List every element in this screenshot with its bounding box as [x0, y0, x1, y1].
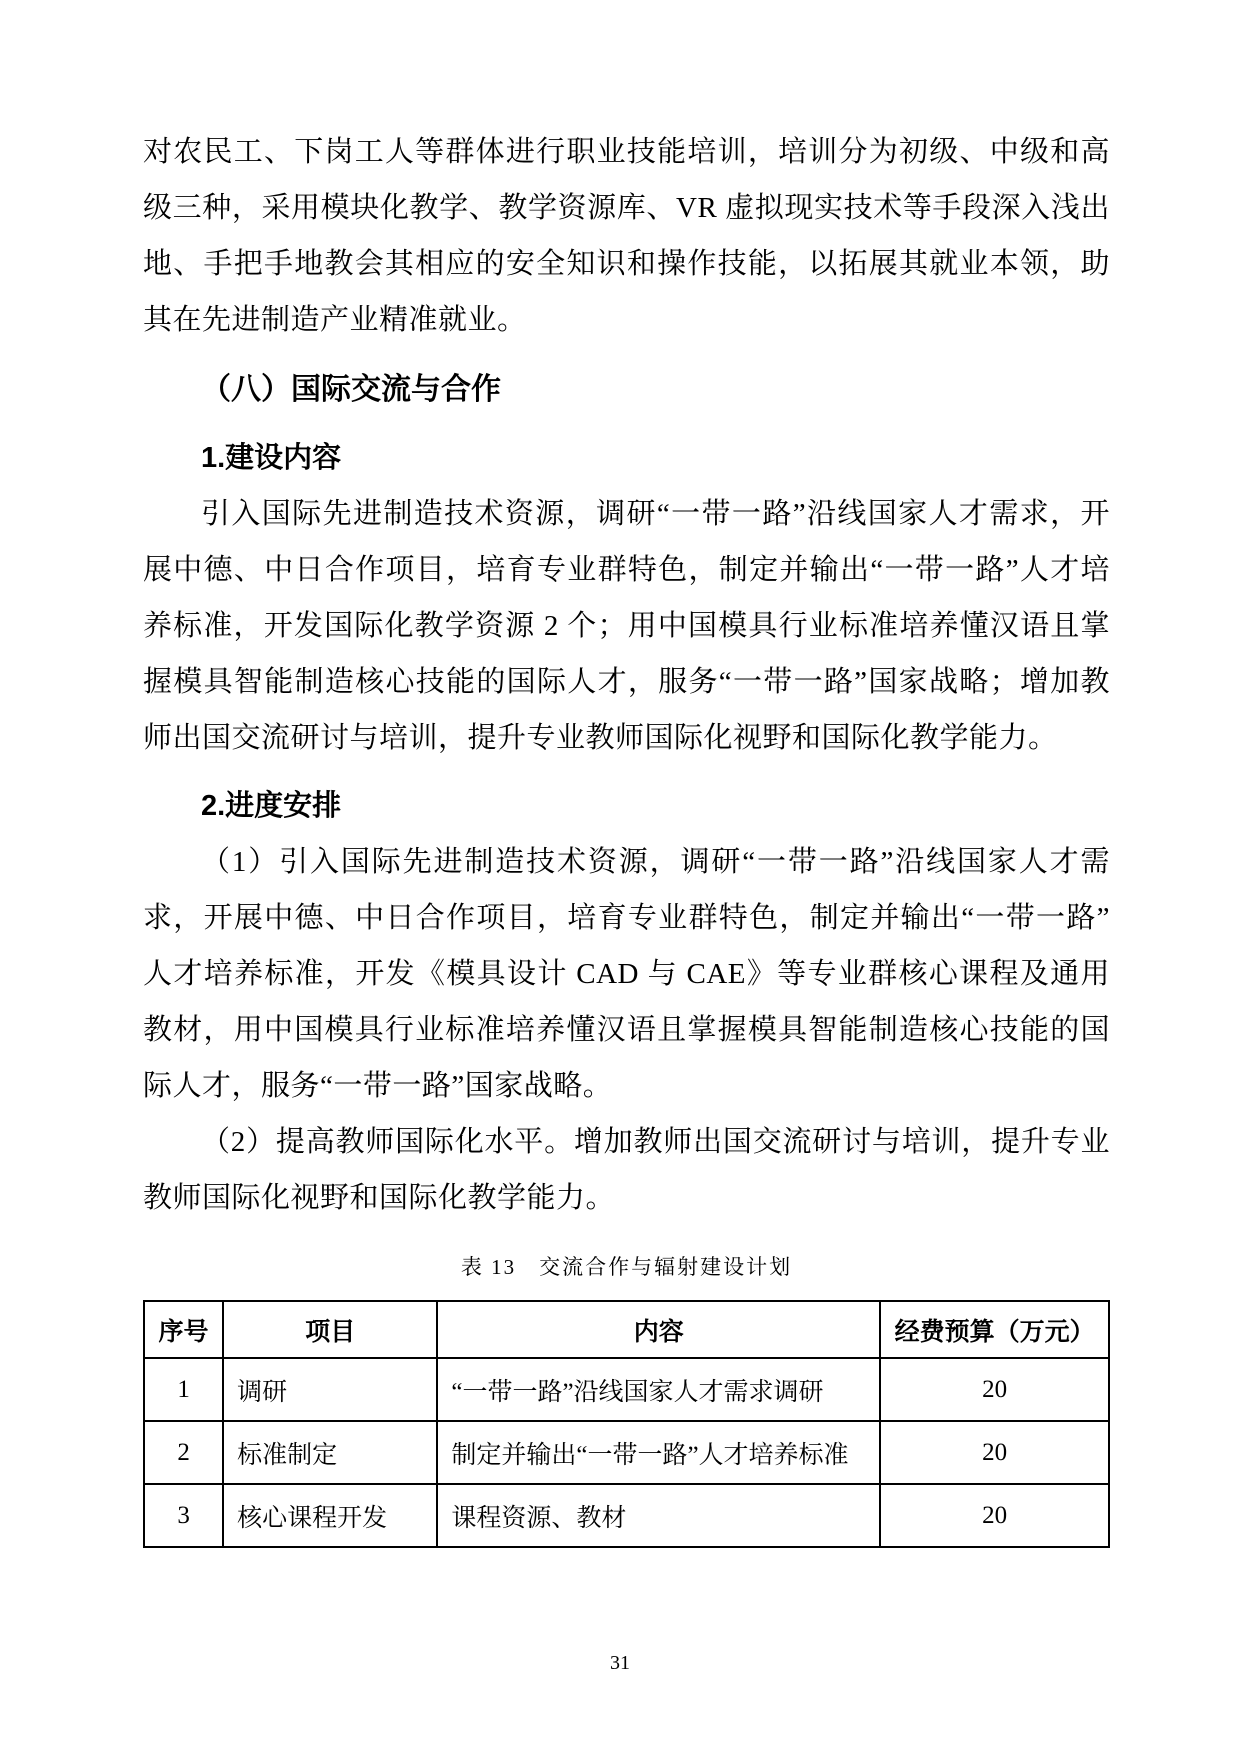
table-row: 3 核心课程开发 课程资源、教材 20 — [144, 1484, 1109, 1547]
table-header-budget: 经费预算（万元） — [880, 1301, 1109, 1358]
cell-project: 调研 — [223, 1358, 437, 1421]
table-row: 1 调研 “一带一路”沿线国家人才需求调研 20 — [144, 1358, 1109, 1421]
cell-no: 3 — [144, 1484, 223, 1547]
table-header-content: 内容 — [437, 1301, 880, 1358]
page-content: 对农民工、下岗工人等群体进行职业技能培训，培训分为初级、中级和高级三种，采用模块… — [0, 0, 1240, 1548]
paragraph-training-continuation: 对农民工、下岗工人等群体进行职业技能培训，培训分为初级、中级和高级三种，采用模块… — [143, 124, 1110, 348]
cell-content: 制定并输出“一带一路”人才培养标准 — [437, 1421, 880, 1484]
cell-project: 标准制定 — [223, 1421, 437, 1484]
sub-heading-schedule: 2.进度安排 — [143, 778, 1110, 834]
table-row: 2 标准制定 制定并输出“一带一路”人才培养标准 20 — [144, 1421, 1109, 1484]
cell-budget: 20 — [880, 1484, 1109, 1547]
paragraph-construction-content: 引入国际先进制造技术资源，调研“一带一路”沿线国家人才需求，开展中德、中日合作项… — [143, 486, 1110, 766]
document-page: 对农民工、下岗工人等群体进行职业技能培训，培训分为初级、中级和高级三种，采用模块… — [0, 0, 1240, 1753]
table-header-project: 项目 — [223, 1301, 437, 1358]
cell-budget: 20 — [880, 1358, 1109, 1421]
cell-no: 2 — [144, 1421, 223, 1484]
plan-table: 序号 项目 内容 经费预算（万元） 1 调研 “一带一路”沿线国家人才需求调研 … — [143, 1300, 1110, 1548]
cell-content: 课程资源、教材 — [437, 1484, 880, 1547]
cell-no: 1 — [144, 1358, 223, 1421]
section-heading-international-exchange: （八）国际交流与合作 — [143, 362, 1110, 418]
cell-budget: 20 — [880, 1421, 1109, 1484]
paragraph-schedule-item-1: （1）引入国际先进制造技术资源，调研“一带一路”沿线国家人才需求，开展中德、中日… — [143, 834, 1110, 1114]
cell-project: 核心课程开发 — [223, 1484, 437, 1547]
table-header-row: 序号 项目 内容 经费预算（万元） — [144, 1301, 1109, 1358]
cell-content: “一带一路”沿线国家人才需求调研 — [437, 1358, 880, 1421]
paragraph-schedule-item-2: （2）提高教师国际化水平。增加教师出国交流研讨与培训，提升专业教师国际化视野和国… — [143, 1114, 1110, 1226]
table-header-no: 序号 — [144, 1301, 223, 1358]
table-caption: 表 13 交流合作与辐射建设计划 — [143, 1250, 1110, 1284]
sub-heading-construction-content: 1.建设内容 — [143, 430, 1110, 486]
page-number: 31 — [0, 1652, 1240, 1675]
